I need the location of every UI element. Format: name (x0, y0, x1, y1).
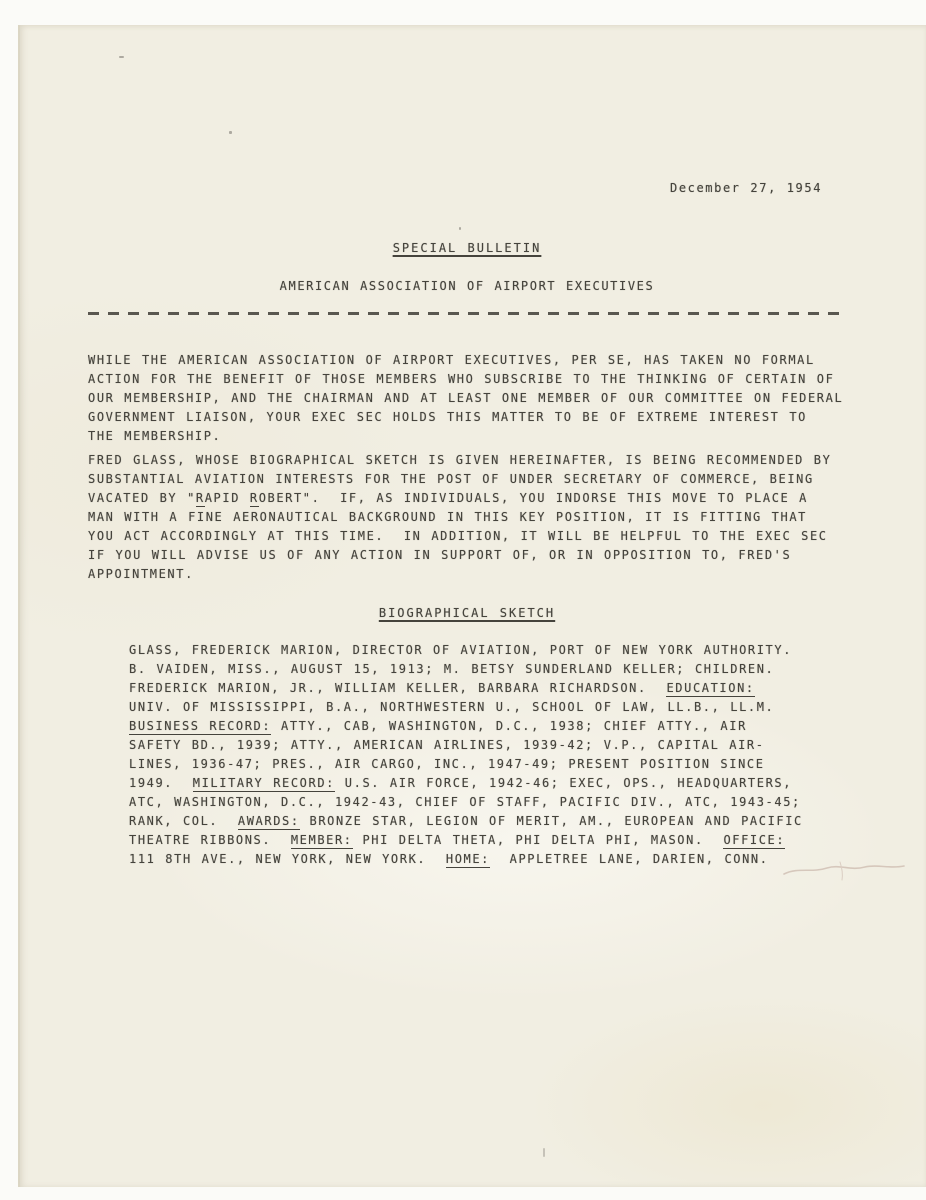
bio-heading: BIOGRAPHICAL SKETCH (88, 604, 846, 623)
date-line: December 27, 1954 (670, 179, 822, 198)
paper-speck (119, 56, 124, 58)
dashed-separator (88, 312, 845, 315)
biographical-sketch: GLASS, FREDERICK MARION, DIRECTOR OF AVI… (129, 641, 803, 869)
paper-speck (229, 131, 232, 134)
paragraph-2: FRED GLASS, WHOSE BIOGRAPHICAL SKETCH IS… (88, 451, 831, 584)
paper-speck (543, 1148, 545, 1157)
bulletin-title: SPECIAL BULLETIN (88, 239, 846, 258)
pencil-squiggle-mark (780, 854, 910, 886)
paragraph-1: WHILE THE AMERICAN ASSOCIATION OF AIRPOR… (88, 351, 843, 446)
organization-name: AMERICAN ASSOCIATION OF AIRPORT EXECUTIV… (88, 277, 846, 296)
paper-speck (459, 227, 461, 230)
scanned-page: December 27, 1954 SPECIAL BULLETIN AMERI… (0, 0, 926, 1200)
